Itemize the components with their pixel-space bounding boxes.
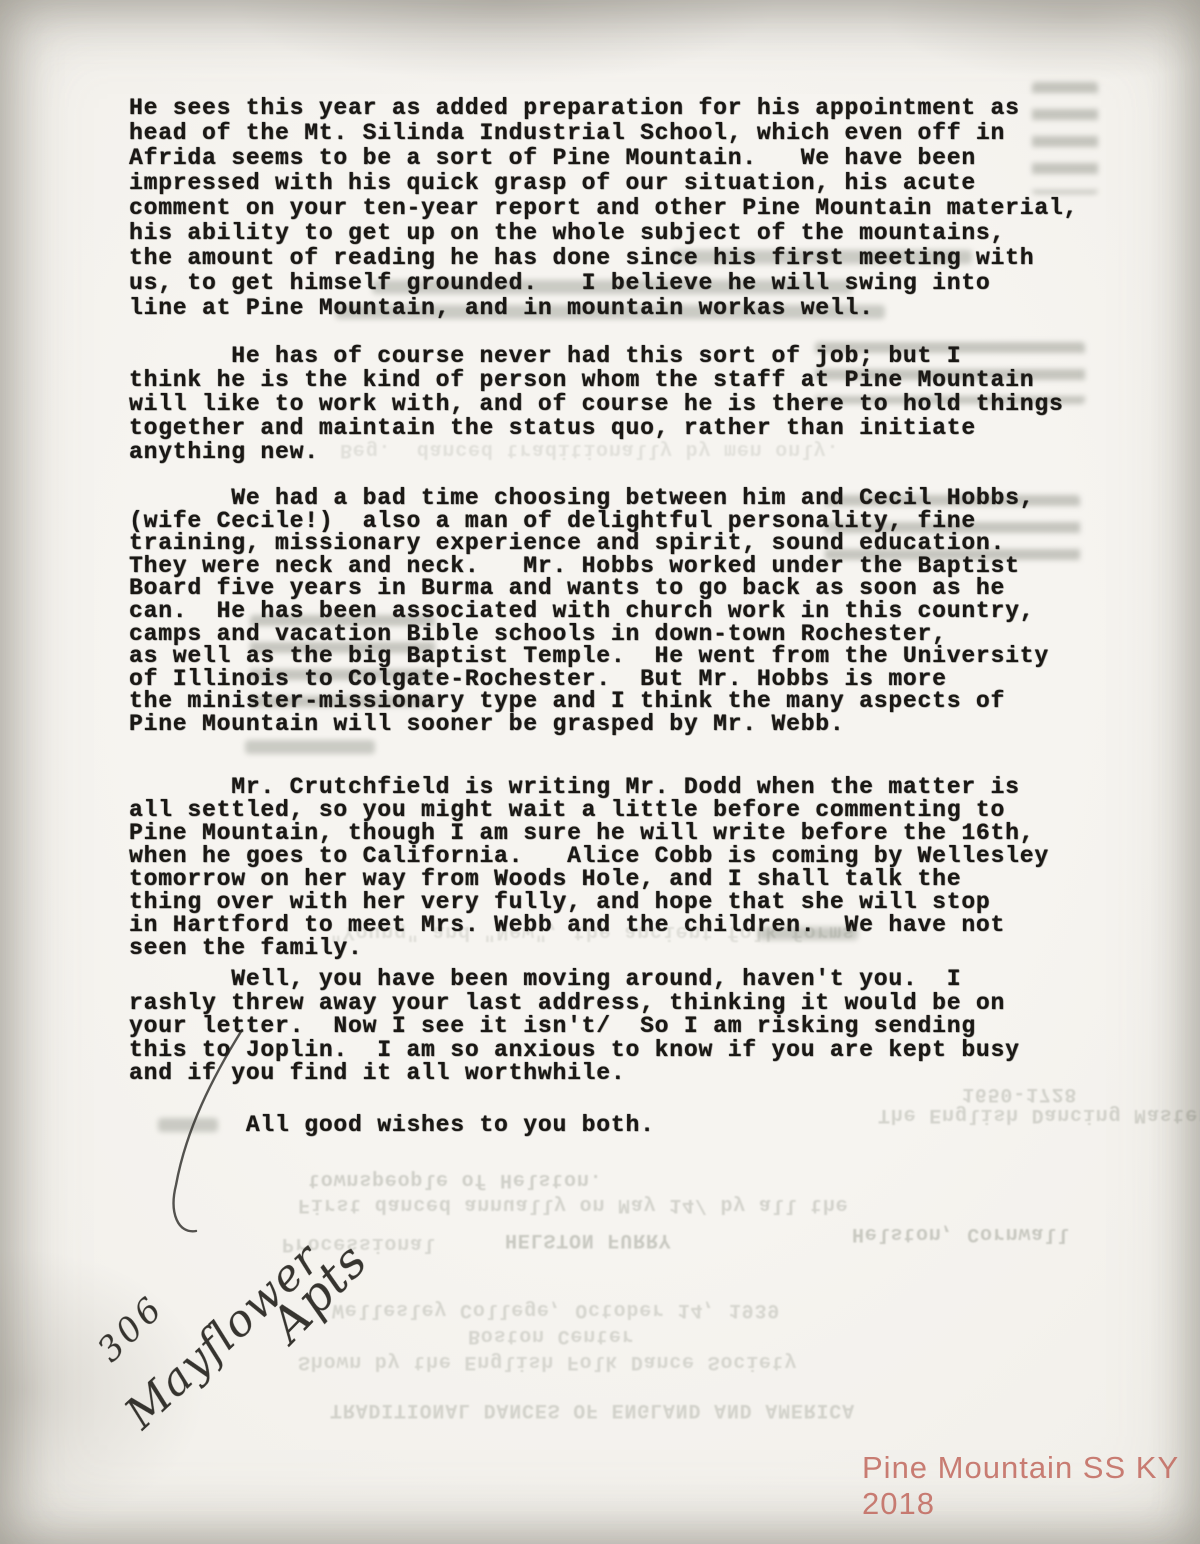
typed-line: of Illinois to Colgate-Rochester. But Mr… — [129, 668, 1049, 691]
typed-line: camps and vacation Bible schools in down… — [129, 623, 1049, 646]
typed-line: He has of course never had this sort of … — [129, 344, 1064, 368]
typed-line: tomorrow on her way from Woods Hole, and… — [129, 868, 1049, 891]
typed-line: head of the Mt. Silinda Industrial Schoo… — [129, 121, 1078, 146]
letter-page: Beg. danced traditionally by men only."Y… — [0, 0, 1200, 1544]
typed-line: He sees this year as added preparation f… — [129, 96, 1078, 121]
bleedthrough-text: Helston, Cornwall — [852, 1222, 1070, 1245]
bleedthrough-text: First danced annually on May 14/ by all … — [298, 1193, 848, 1216]
watermark-text: Pine Mountain SS KY 2018 — [862, 1450, 1200, 1522]
bleedthrough-text: townspeople of Helston. — [308, 1168, 602, 1191]
typed-paragraph: He sees this year as added preparation f… — [129, 96, 1078, 321]
typed-line: can. He has been associated with church … — [129, 600, 1049, 623]
typed-line: They were neck and neck. Mr. Hobbs worke… — [129, 555, 1049, 578]
closing-line: All good wishes to you both. — [129, 1113, 655, 1137]
typed-line: Board five years in Burma and wants to g… — [129, 577, 1049, 600]
handwritten-number: 306 — [90, 1287, 173, 1370]
typed-line: line at Pine Mountain, and in mountain w… — [129, 296, 1078, 321]
typed-line: seen the family. — [129, 937, 1049, 960]
typed-line: his ability to get up on the whole subje… — [129, 221, 1078, 246]
typed-line: comment on your ten-year report and othe… — [129, 196, 1078, 221]
typed-line: your letter. Now I see it isn't/ So I am… — [129, 1015, 1020, 1039]
typed-line: together and maintain the status quo, ra… — [129, 416, 1064, 440]
typed-line: thing over with her very fully, and hope… — [129, 891, 1049, 914]
typed-line: the amount of reading he has done since … — [129, 246, 1078, 271]
bleedthrough-text: Boston Center — [468, 1324, 634, 1347]
bleedthrough-text: Shown by the English Folk Dance Society — [298, 1350, 797, 1373]
typed-line: Pine Mountain, though I am sure he will … — [129, 822, 1049, 845]
bleedthrough-text: TRADITIONAL DANCES OF ENGLAND AND AMERIC… — [330, 1398, 855, 1421]
typed-line: will like to work with, and of course he… — [129, 392, 1064, 416]
bleedthrough-smudge — [245, 740, 375, 754]
typed-line: (wife Cecile!) also a man of delightful … — [129, 510, 1049, 533]
typed-line: Mr. Crutchfield is writing Mr. Dodd when… — [129, 776, 1049, 799]
bleedthrough-text: HELSTON FURRY — [505, 1228, 671, 1251]
typed-paragraph: Well, you have been moving around, haven… — [129, 968, 1020, 1086]
typed-line: all settled, so you might wait a little … — [129, 799, 1049, 822]
typed-line: All good wishes to you both. — [129, 1113, 655, 1137]
typed-line: We had a bad time choosing between him a… — [129, 487, 1049, 510]
typed-line: rashly threw away your last address, thi… — [129, 992, 1020, 1016]
bleedthrough-text: Wellesley College, October 14, 1939 — [332, 1298, 780, 1321]
typed-line: as well as the big Baptist Temple. He we… — [129, 645, 1049, 668]
typed-line: think he is the kind of person whom the … — [129, 368, 1064, 392]
typed-paragraph: Mr. Crutchfield is writing Mr. Dodd when… — [129, 776, 1049, 960]
typed-line: when he goes to California. Alice Cobb i… — [129, 845, 1049, 868]
typed-line: training, missionary experience and spir… — [129, 532, 1049, 555]
typed-line: and if you find it all worthwhile. — [129, 1062, 1020, 1086]
typed-line: Well, you have been moving around, haven… — [129, 968, 1020, 992]
typed-line: impressed with his quick grasp of our si… — [129, 171, 1078, 196]
typed-line: this to Joplin. I am so anxious to know … — [129, 1039, 1020, 1063]
typed-paragraph: We had a bad time choosing between him a… — [129, 487, 1049, 736]
bleedthrough-text: The English Dancing Master — [878, 1103, 1200, 1126]
typed-line: the minister-missionary type and I think… — [129, 690, 1049, 713]
typed-line: Afrida seems to be a sort of Pine Mounta… — [129, 146, 1078, 171]
typed-paragraph: He has of course never had this sort of … — [129, 344, 1064, 464]
typed-line: us, to get himself grounded. I believe h… — [129, 271, 1078, 296]
typed-line: anything new. — [129, 440, 1064, 464]
typed-line: in Hartford to meet Mrs. Webb and the ch… — [129, 914, 1049, 937]
typed-line: Pine Mountain will sooner be grasped by … — [129, 713, 1049, 736]
